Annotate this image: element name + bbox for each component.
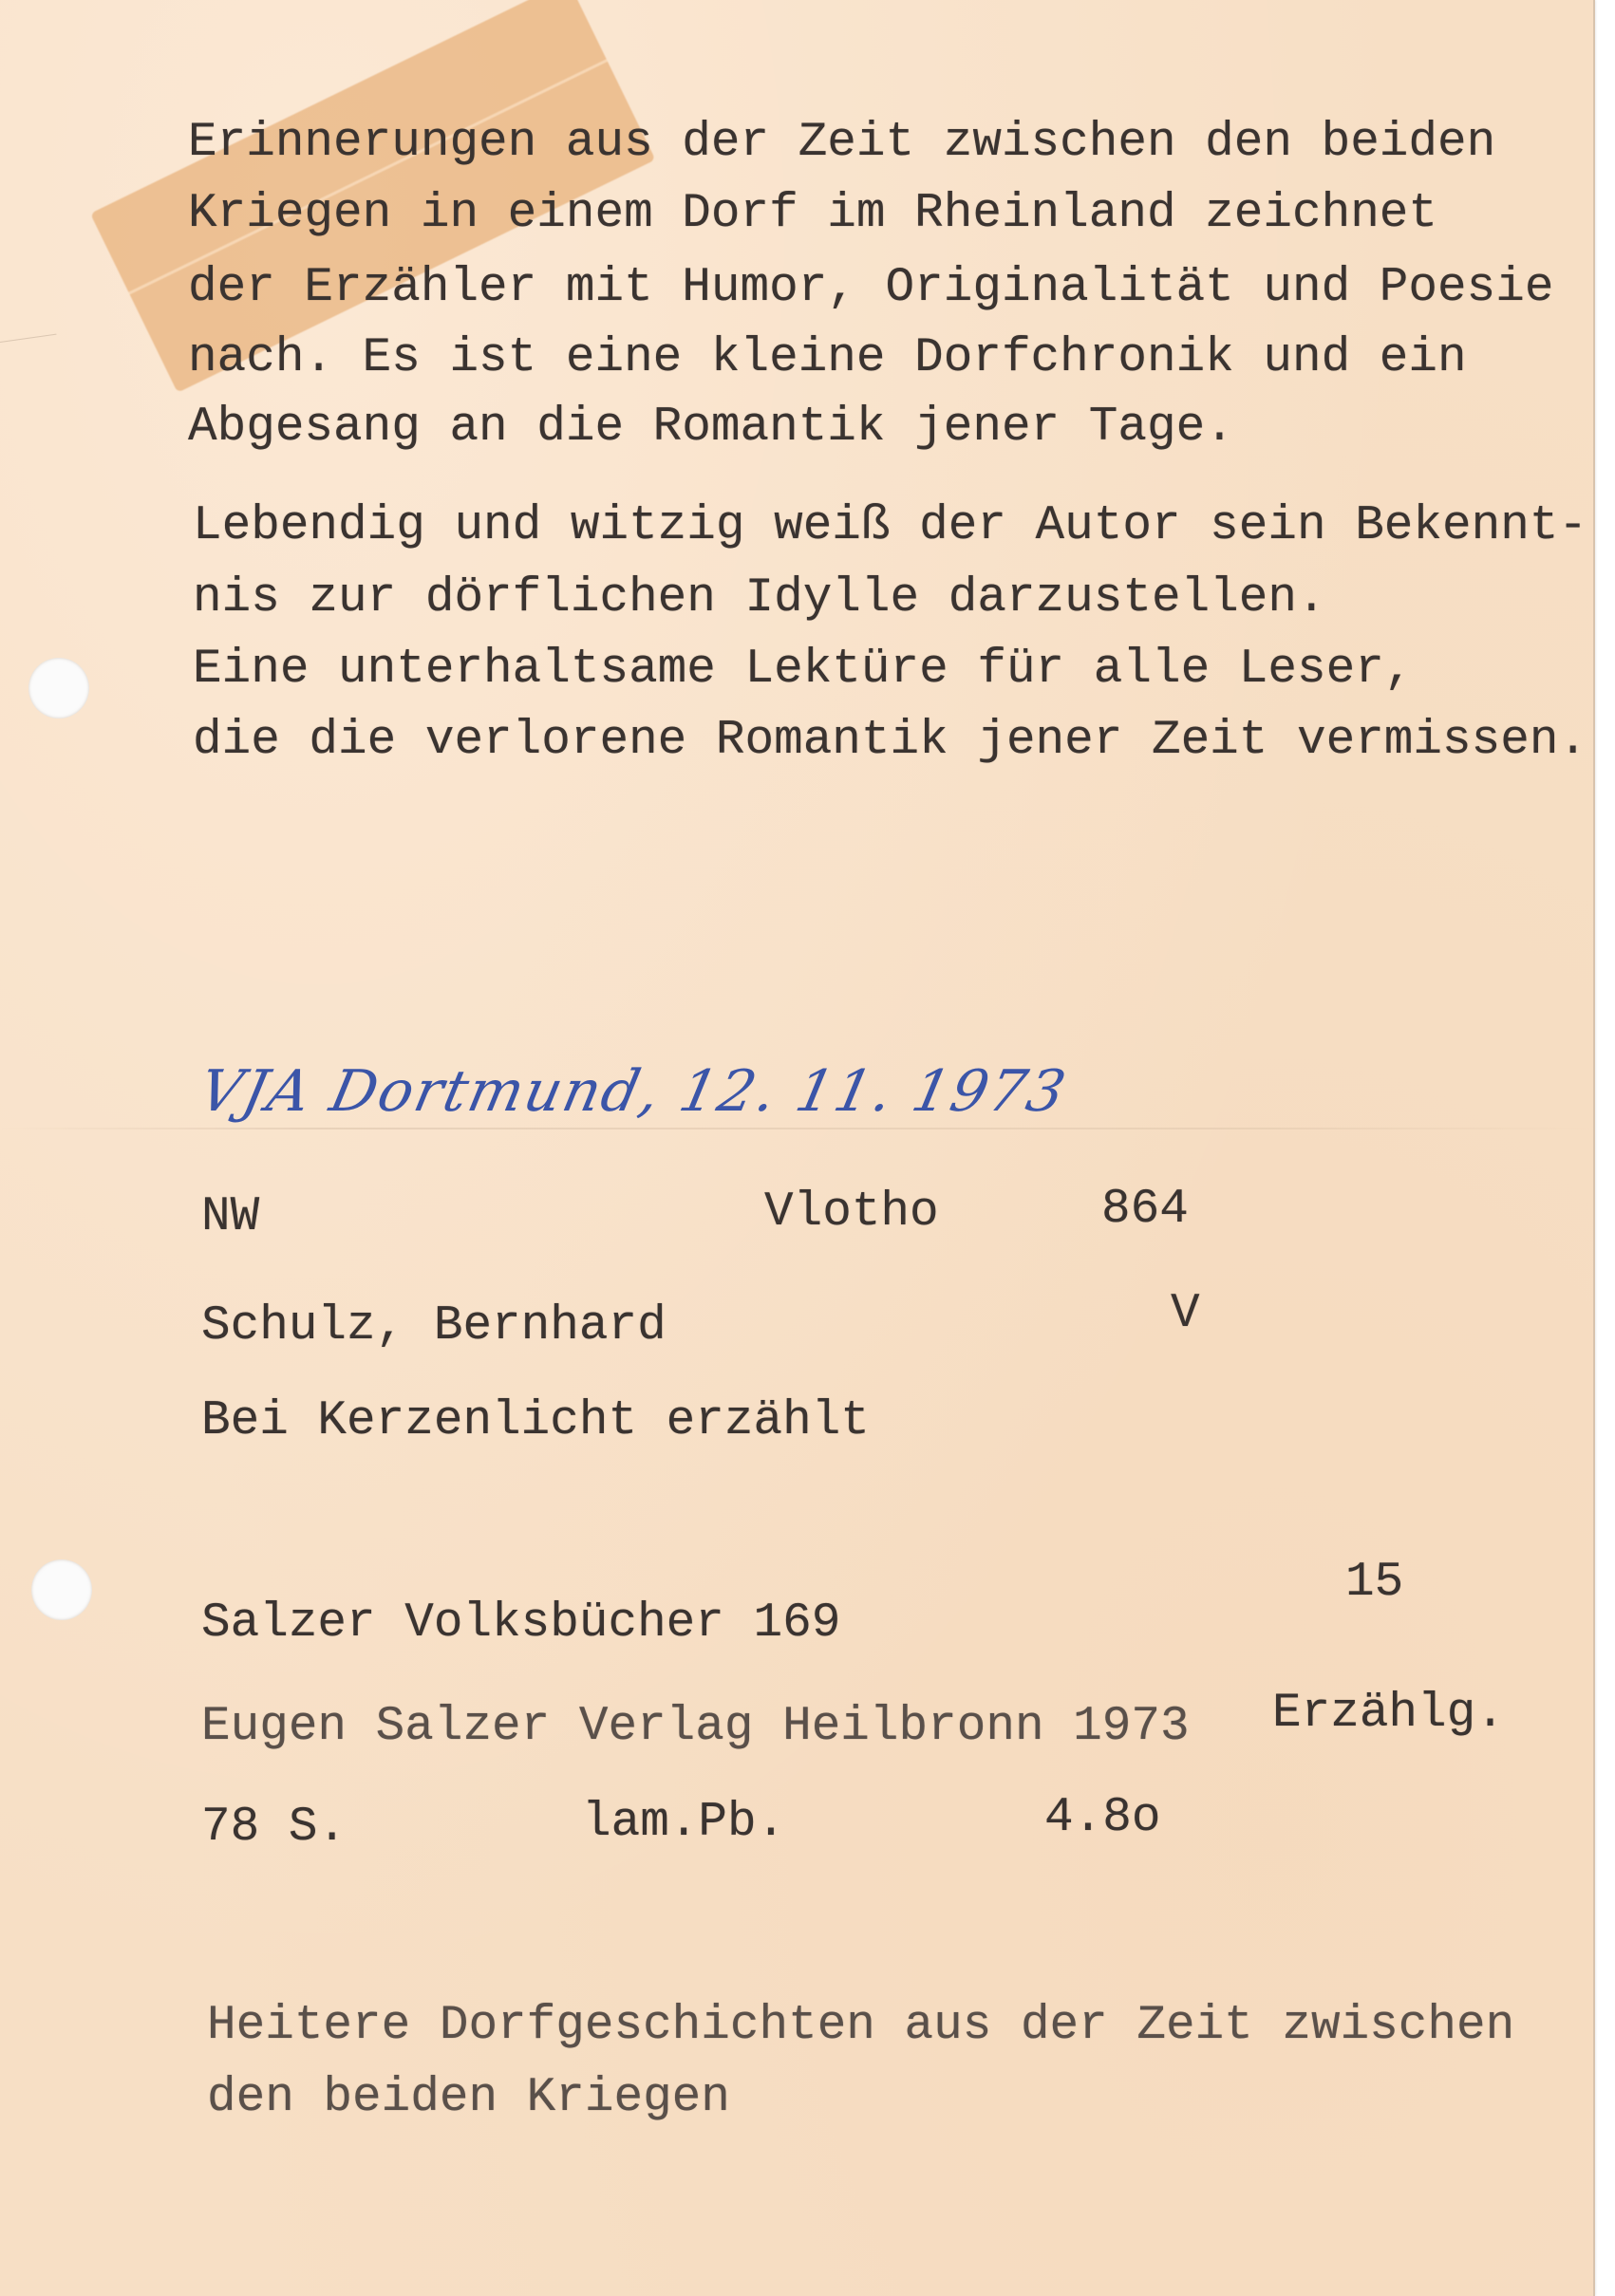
catalog-subtitle-line: den beiden Kriegen [207,2074,730,2122]
punch-hole-bottom [31,1559,92,1620]
review-line: der Erzähler mit Humor, Originalität und… [188,264,1553,312]
catalog-card-paper: Erinnerungen aus der Zeit zwischen den b… [0,0,1595,2296]
review-line: Abgesang an die Romantik jener Tage. [188,403,1234,452]
fold-line [0,1128,1593,1129]
handwritten-note: VJA Dortmund, 12. 11. 1973 [195,1063,1072,1120]
catalog-publisher: Eugen Salzer Verlag Heilbronn 1973 [201,1703,1190,1751]
review-line: nach. Es ist eine kleine Dorfchronik und… [188,334,1467,383]
review-line: Lebendig und witzig weiß der Autor sein … [193,502,1587,551]
catalog-pages: 78 S. [201,1803,347,1852]
catalog-series: Salzer Volksbücher 169 [201,1599,840,1648]
catalog-price: 4.8o [1044,1794,1160,1842]
review-line: Erinnerungen aus der Zeit zwischen den b… [188,119,1495,167]
catalog-genre: Erzählg. [1272,1689,1505,1738]
catalog-region: NW [201,1193,259,1241]
paper-crease [0,334,56,343]
catalog-subtitle-line: Heitere Dorfgeschichten aus der Zeit zwi… [207,2002,1514,2050]
punch-hole-top [28,658,89,719]
review-line: die die verlorene Romantik jener Zeit ve… [193,717,1587,765]
review-line: Eine unterhaltsame Lektüre für alle Lese… [193,645,1413,694]
catalog-title: Bei Kerzenlicht erzählt [201,1397,870,1446]
catalog-binding: lam.Pb. [582,1799,785,1847]
page: Erinnerungen aus der Zeit zwischen den b… [0,0,1615,2296]
catalog-count: 15 [1345,1559,1403,1607]
review-line: Kriegen in einem Dorf im Rheinland zeich… [188,190,1437,238]
catalog-author: Schulz, Bernhard [201,1302,667,1351]
catalog-author-mark: V [1171,1290,1200,1338]
catalog-number: 864 [1101,1185,1189,1234]
review-line: nis zur dörflichen Idylle darzustellen. [193,574,1326,623]
catalog-place: Vlotho [764,1188,939,1237]
